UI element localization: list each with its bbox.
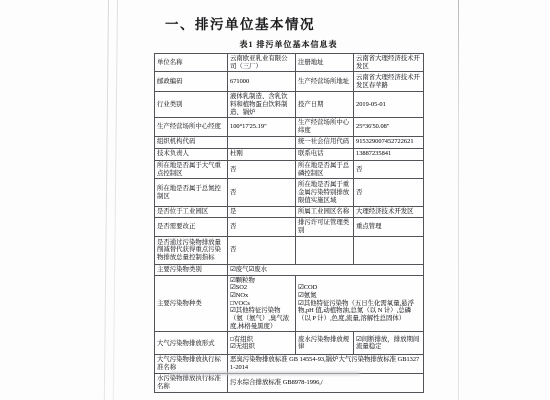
- pollutant-category-checkboxes: ☑废气☑废水: [228, 264, 424, 275]
- table-row: 主要污染物类别 ☑废气☑废水: [155, 264, 424, 275]
- field-value: 液体乳制造、含乳饮料和植物蛋白饮料制造、锅炉: [228, 92, 296, 118]
- table-row: 水污染物排放执行标准名称 污水综合排放标准 GB8978-1996,/: [155, 373, 424, 392]
- field-value: 否: [228, 236, 296, 264]
- field-value: 2019-05-01: [354, 92, 424, 118]
- table-row: 技术负责人 杜刚 联系电话 13887235841: [155, 148, 424, 160]
- checkbox-item: ☑氨氮: [298, 292, 421, 300]
- table-row: 是否位于工业园区 是 所属工业园区名称 大理经济技术开发区: [155, 207, 424, 218]
- field-label: 生产经营场所中心纬度: [296, 118, 354, 136]
- table-row: 所在地是否属于总氮控制区 否 所在地是否属于重金属污染特别排放限值实施区域 否: [155, 179, 424, 207]
- field-value: 否: [228, 218, 296, 236]
- field-label: 主要污染物种类: [155, 275, 228, 332]
- section-title: 一、排污单位基本情况: [165, 13, 315, 33]
- table-row: 主要污染物种类 ☑颗粒物 ☑SO2 ☑NOx □VOCs ☑其他特征污染物（氨（…: [155, 275, 424, 332]
- field-label: 是否位于工业园区: [155, 207, 228, 218]
- field-value: 25°36'50.08": [354, 118, 424, 136]
- field-label: 生产经营场所地址: [296, 72, 354, 92]
- field-value: 否: [228, 179, 296, 207]
- field-label: 联系电话: [296, 148, 354, 160]
- field-value: 污水综合排放标准 GB8978-1996,/: [228, 373, 424, 392]
- field-value: 是: [228, 207, 296, 218]
- air-pollutant-list: ☑颗粒物 ☑SO2 ☑NOx □VOCs ☑其他特征污染物（氨（氨气）,臭气浓度…: [228, 275, 296, 332]
- field-label: 大气污染物排放形式: [155, 332, 228, 355]
- checkbox-item: ☑NOx: [230, 292, 293, 300]
- field-label: 大气污染物排放执行标准名称: [155, 355, 228, 373]
- table-row: 单位名称 云南欧亚乳业有限公司（三厂） 注册地址 云南省大理经济技术开发区: [155, 54, 424, 72]
- field-label: 组织机构代码: [155, 136, 228, 148]
- field-label: 是否需要改正: [155, 218, 228, 236]
- field-value: 大理经济技术开发区: [354, 207, 424, 218]
- checkbox-item: ☑SO2: [230, 284, 293, 292]
- field-label: 行业类别: [155, 92, 228, 118]
- field-label: 所在地是否属于重金属污染特别排放限值实施区域: [296, 179, 354, 207]
- field-value: 671000: [228, 72, 296, 92]
- field-value: 恶臭污染物排放标准 GB 14554-93,锅炉大气污染物排放标准 GB1327…: [228, 355, 424, 373]
- field-value: 重点管理: [354, 218, 424, 236]
- field-label: 生产经营场所中心经度: [155, 118, 228, 136]
- scan-shadow-artifact: [170, 372, 360, 375]
- checkbox-item: ☑COD: [298, 284, 421, 292]
- field-value: 915329007452722621: [354, 136, 424, 148]
- page-fold-line-right: [458, 0, 459, 400]
- field-label: 统一社会信用代码: [296, 136, 354, 148]
- checkbox-item: ☑间断排放，排放期间流量稳定: [354, 332, 424, 355]
- field-label: 技术负责人: [155, 148, 228, 160]
- field-value: 13887235841: [354, 148, 424, 160]
- page-fold-line-left-inner: [113, 0, 118, 400]
- field-label: 投产日期: [296, 92, 354, 118]
- field-label: 废水污染物排放规律: [296, 332, 354, 355]
- field-value: 否: [354, 160, 424, 178]
- field-label: 单位名称: [155, 54, 228, 72]
- field-label: 邮政编码: [155, 72, 228, 92]
- field-value: 100°17'25.19": [228, 118, 296, 136]
- field-label: [296, 236, 354, 264]
- field-label: 所属工业园区名称: [296, 207, 354, 218]
- field-value: 云南欧亚乳业有限公司（三厂）: [228, 54, 296, 72]
- table-row: 大气污染物排放执行标准名称 恶臭污染物排放标准 GB 14554-93,锅炉大气…: [155, 355, 424, 373]
- field-value: 云南省大理经济技术开发区春苹路: [354, 72, 424, 92]
- field-label: 水污染物排放执行标准名称: [155, 373, 228, 392]
- water-pollutant-list: ☑COD ☑氨氮 ☑其他特征污染物（五日生化需氧量,悬浮物,pH 值,动植物油,…: [296, 275, 424, 332]
- field-value: 云南省大理经济技术开发区: [354, 54, 424, 72]
- field-label: 所在地是否属于总磷控制区: [296, 160, 354, 178]
- checkbox-item: ☑无组织: [230, 343, 293, 351]
- basic-info-table: 单位名称 云南欧亚乳业有限公司（三厂） 注册地址 云南省大理经济技术开发区 邮政…: [154, 53, 424, 393]
- table-caption: 表1 排污单位基本信息表: [154, 39, 423, 50]
- emission-form-checkboxes: □有组织 ☑无组织: [228, 332, 296, 355]
- checkbox-item: ☑其他特征污染物（氨（氨气）,臭气浓度,林格曼黑度）: [230, 307, 293, 330]
- table-row: 所在地是否属于大气重点控制区 否 所在地是否属于总磷控制区 否: [155, 160, 424, 178]
- table-row: 行业类别 液体乳制造、含乳饮料和植物蛋白饮料制造、锅炉 投产日期 2019-05…: [155, 92, 424, 118]
- table-row: 大气污染物排放形式 □有组织 ☑无组织 废水污染物排放规律 ☑间断排放，排放期间…: [155, 332, 424, 355]
- field-value: 杜刚: [228, 148, 296, 160]
- field-label: 是否通过污染物排放量削减替代获得重点污染物排放总量控制指标: [155, 236, 228, 264]
- field-label: 所在地是否属于总氮控制区: [155, 179, 228, 207]
- table-row: 是否需要改正 否 排污许可证管理类别 重点管理: [155, 218, 424, 236]
- field-value: [228, 136, 296, 148]
- table-row: 邮政编码 671000 生产经营场所地址 云南省大理经济技术开发区春苹路: [155, 72, 424, 92]
- field-value: 否: [228, 160, 296, 178]
- table-row: 是否通过污染物排放量削减替代获得重点污染物排放总量控制指标 否: [155, 236, 424, 264]
- field-value: 否: [354, 179, 424, 207]
- checkbox-item: ☑其他特征污染物（五日生化需氧量,悬浮物,pH 值,动植物油,总氮（以 N 计）…: [298, 300, 421, 323]
- field-label: 排污许可证管理类别: [296, 218, 354, 236]
- field-label: 所在地是否属于大气重点控制区: [155, 160, 228, 178]
- field-label: 主要污染物类别: [155, 264, 228, 275]
- table-row: 生产经营场所中心经度 100°17'25.19" 生产经营场所中心纬度 25°3…: [155, 118, 424, 136]
- field-value: [354, 236, 424, 264]
- page-fold-line-left-outer: [104, 0, 109, 400]
- field-label: 注册地址: [296, 54, 354, 72]
- table-row: 组织机构代码 统一社会信用代码 915329007452722621: [155, 136, 424, 148]
